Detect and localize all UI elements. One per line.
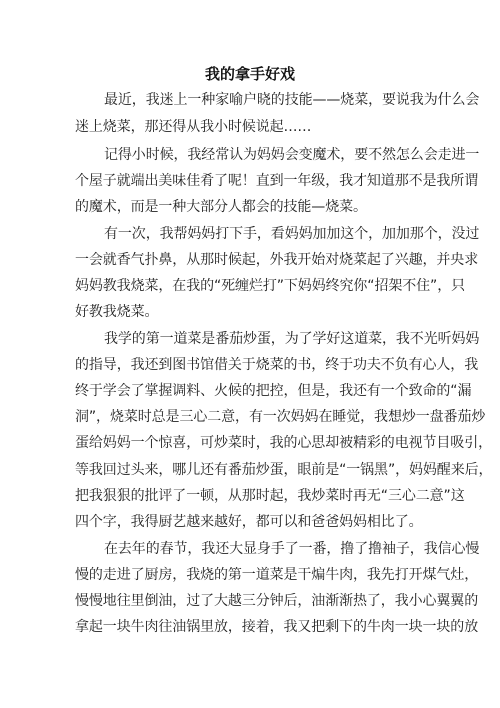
paragraph-3-line-4: 好教我烧菜。 [75,303,435,321]
paragraph-4-line-3: 终于学会了掌握调料、火候的把控，但是，我还有一个致命的“漏 [75,382,435,400]
paragraph-5-line-2: 慢的走进了厨房，我烧的第一道菜是干煸牛肉，我先打开煤气灶， [75,566,435,584]
paragraph-2-line-3: 的魔术，而是一种大部分人都会的技能—烧菜。 [75,198,435,216]
paragraph-2-line-2: 个屋子就端出美味佳肴了呢！直到一年级，我才知道那不是我所谓 [75,172,435,190]
document-page: 我的拿手好戏 最近，我迷上一种家喻户晓的技能——烧菜，要说我为什么会 迷上烧菜，… [0,0,500,708]
paragraph-4-line-1: 我学的第一道菜是番茄炒蛋，为了学好这道菜，我不光听妈妈 [104,330,464,348]
paragraph-5-line-4: 拿起一块牛肉往油锅里放，接着，我又把剩下的牛肉一块一块的放 [75,618,435,636]
paragraph-1-line-1: 最近，我迷上一种家喻户晓的技能——烧菜，要说我为什么会 [104,91,464,109]
document-title: 我的拿手好戏 [0,63,500,84]
paragraph-4-line-8: 四个字，我得厨艺越来越好，都可以和爸爸妈妈相比了。 [75,513,435,531]
paragraph-4-line-4: 洞”，烧菜时总是三心二意，有一次妈妈在睡觉，我想炒一盘番茄炒 [75,408,435,426]
paragraph-1-line-2: 迷上烧菜，那还得从我小时候说起…… [75,118,435,136]
paragraph-5-line-3: 慢慢地往里倒油，过了大越三分钟后，油渐渐热了，我小心翼翼的 [75,592,435,610]
paragraph-4-line-2: 的指导，我还到图书馆借关于烧菜的书，终于功夫不负有心人，我 [75,356,435,374]
paragraph-4-line-7: 把我狠狠的批评了一顿，从那时起，我炒菜时再无“三心二意”这 [75,487,435,505]
paragraph-3-line-3: 妈妈教我烧菜，在我的“死缠烂打”下妈妈终究你“招架不住”，只 [75,277,435,295]
paragraph-5-line-1: 在去年的春节，我还大显身手了一番，撸了撸袖子，我信心慢 [104,540,464,558]
paragraph-3-line-2: 一会就香气扑鼻，从那时候起，外我开始对烧菜起了兴趣，并央求 [75,251,435,269]
paragraph-3-line-1: 有一次，我帮妈妈打下手，看妈妈加加这个，加加那个，没过 [104,225,464,243]
paragraph-2-line-1: 记得小时候，我经常认为妈妈会变魔术，要不然怎么会走进一 [104,146,464,164]
paragraph-4-line-6: 等我回过头来，哪儿还有番茄炒蛋，眼前是“一锅黑”，妈妈醒来后， [75,461,435,479]
paragraph-4-line-5: 蛋给妈妈一个惊喜，可炒菜时，我的心思却被精彩的电视节目吸引， [75,434,435,452]
